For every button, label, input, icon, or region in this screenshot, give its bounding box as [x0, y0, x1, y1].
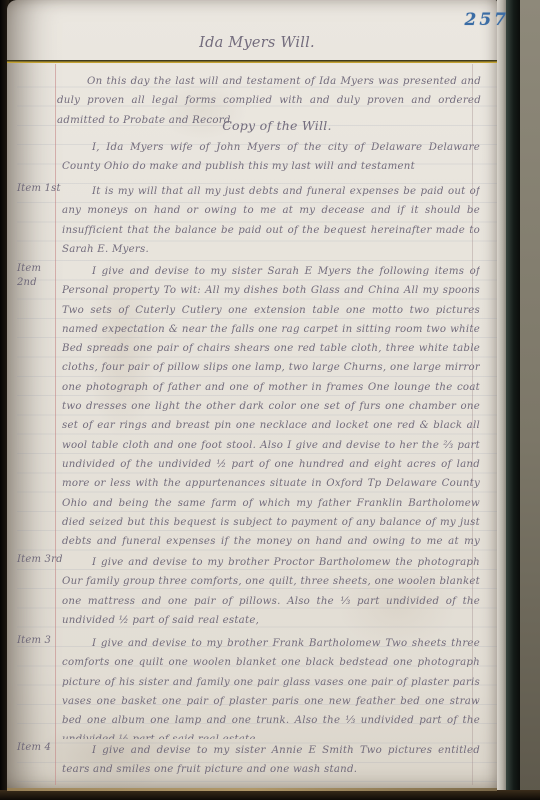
item-label: Item 4: [17, 741, 63, 755]
underlying-page-edge: [497, 0, 506, 794]
will-item: I give and devise to my sister Annie E S…: [62, 741, 480, 783]
left-margin-line: [55, 64, 56, 785]
book-fore-edge-shadow: [506, 0, 520, 794]
will-item: I give and devise to my sister Sarah E M…: [62, 262, 480, 552]
page-number: 257: [445, 10, 509, 30]
item-label: Item 3rd: [17, 553, 63, 567]
book-cover-edge: [520, 0, 540, 794]
testator-intro: I, Ida Myers wife of John Myers of the c…: [62, 138, 480, 180]
scanned-will-record-page: 257 Ida Myers Will. On this day the last…: [0, 0, 540, 800]
will-item: It is my will that all my just debts and…: [62, 182, 480, 260]
item-label: Item 1st: [17, 182, 63, 196]
paper-bottom-gilt-edge: [7, 788, 497, 791]
will-item: I give and devise to my brother Frank Ba…: [62, 634, 480, 739]
desk-shadow-bottom: [0, 790, 540, 800]
item-label: Item 2nd: [17, 262, 63, 290]
copy-of-will-heading: Copy of the Will.: [147, 117, 407, 135]
will-item: I give and devise to my brother Proctor …: [62, 553, 480, 631]
header-rule: [7, 60, 497, 64]
page-title: Ida Myers Will.: [127, 33, 387, 53]
ledger-paper: 257 Ida Myers Will. On this day the last…: [7, 0, 497, 791]
item-label: Item 3: [17, 634, 63, 648]
